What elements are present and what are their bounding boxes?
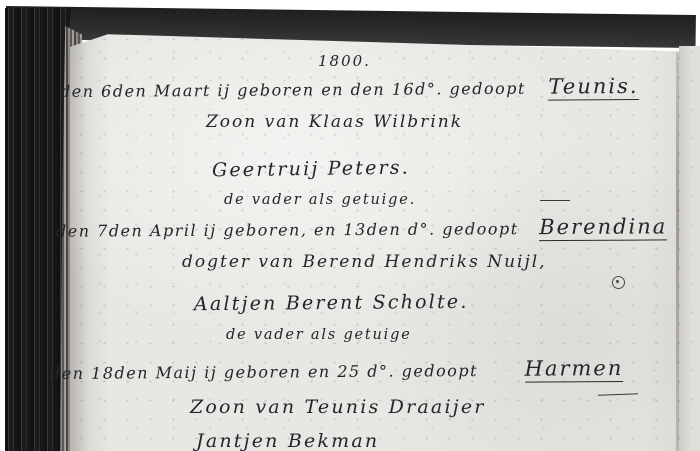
entry-1-child-name: Teunis. [548, 74, 638, 101]
entry-2-date-text: den 7den April ij geboren, en 13den d°. … [56, 219, 519, 240]
year-heading: 1800. [318, 52, 371, 70]
entry-1-date-line: den 6den Maart ij geboren en den 16d°. g… [60, 74, 639, 102]
entry-3-parent-line: Zoon van Teunis Draaijer [190, 396, 486, 418]
entry-2-mother-line: Aaltjen Berent Scholte. [194, 291, 469, 315]
entry-3-child-name: Harmen [525, 356, 624, 383]
adjacent-page-strip [679, 46, 700, 451]
entry-2-parent-line: dogter van Berend Hendriks Nuijl, [182, 252, 547, 272]
entry-3-mother-line: Jantjen Bekman [196, 430, 379, 451]
entry-3-date-text: den 18den Maij ij geboren en 25 d°. gedo… [50, 361, 478, 383]
entry-1-parent-line: Zoon van Klaas Wilbrink [206, 112, 463, 132]
circled-dot-mark [612, 276, 625, 289]
entry-2-date-line: den 7den April ij geboren, en 13den d°. … [56, 214, 667, 241]
entry-1-mother-line: Geertruij Peters. [212, 157, 410, 182]
entry-1-witness-line: de vader als getuige. [224, 192, 416, 208]
entry-2-child-name: Berendina [539, 214, 667, 241]
scanned-register-photo: 1800. den 6den Maart ij geboren en den 1… [0, 0, 700, 451]
entry-1-date-text: den 6den Maart ij geboren en den 16d°. g… [60, 79, 526, 101]
pen-dash [540, 200, 570, 201]
entry-2-witness-line: de vader als getuige [226, 327, 412, 343]
entry-3-date-line: den 18den Maij ij geboren en 25 d°. gedo… [50, 356, 624, 384]
